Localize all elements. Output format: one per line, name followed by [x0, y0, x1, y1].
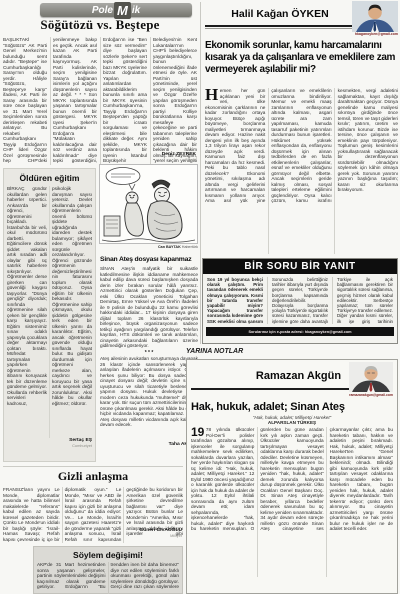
dropcap-h: H [205, 88, 218, 102]
left-article-body: BAŞLIKTAKİ “Söğütözü” AK Parti Genel Mer… [3, 37, 197, 165]
sinan-title: Sinan Ateş dosyası kapanmaz [100, 256, 198, 263]
left-article-outlet: Sözcü [126, 157, 196, 162]
akgun-body-text: 78 yılında ülkücüler Pol-Der'li polisler… [191, 427, 393, 531]
akgun-email[interactable]: ramazanakgun@gmail.com [349, 393, 393, 397]
dropcap-19: 19 [191, 427, 204, 437]
oldueren-outlet: Cumhuriyet [7, 443, 92, 448]
akgun-headline: Hak, hukuk, adalet; Sinan Ateş [191, 401, 393, 413]
soylem-body: AKP'de 31 Mart hezimetinden sonra yaşana… [37, 562, 179, 594]
cartoon-artist: Can BAYTAK [158, 245, 181, 249]
oyken-author-photo [352, 1, 398, 32]
column-divider [200, 2, 201, 344]
gizli-signature-block: Güneri CIVAOĞLU Milliyet [120, 528, 182, 538]
cartoon-drawing [99, 164, 198, 244]
soylem-degisimi-box: Söylem değişimi! AKP'de 31 Mart hezimeti… [33, 546, 183, 594]
soylem-title: Söylem değişimi! [37, 550, 179, 560]
bir-soru-content: Son 19 yıl boyunca bekçi olarak çalıştım… [203, 274, 397, 327]
newspaper-page: Pole M ik Söğütözü vs. Beştepe BAŞLIKTAK… [0, 0, 400, 594]
cartoon-outlet: Habertürk [182, 245, 198, 249]
answer-column-2: Türkiye ile açık bağlanmasını gerektiren… [332, 277, 393, 324]
oyken-author-name: Halil Kağan ÖYKEN [205, 8, 355, 20]
oyken-rule-thin [205, 28, 352, 29]
oldueren-body: BİRKAÇ gündür okullardan gelen haberler … [7, 186, 92, 438]
akgun-rule [191, 388, 349, 390]
akgun-column-box: Ramazan Akgün ramazanakgun@gmail.com Hak… [186, 359, 398, 594]
reader-question: Son 19 yıl boyunca bekçi olarak çalıştım… [207, 277, 263, 324]
akgun-body: 1978 yılında ülkücüler Pol-Der'li polisl… [191, 427, 393, 577]
editorial-cartoon: Can BAYTAK Habertürk [99, 164, 198, 254]
akgun-author-photo [349, 362, 393, 392]
main-headline: Ekonomik sorunlar, kamu harcamalarını kı… [205, 40, 398, 77]
left-article-signature: Deniz ZEYREK Sözcü [126, 152, 196, 162]
oyken-portrait [352, 1, 398, 32]
sinan-ates-article: Sinan Ateş dosyası kapanmaz SİNAN Ateş'i… [100, 256, 198, 452]
sinan-outlet: Karar [100, 447, 198, 452]
akgun-header: Ramazan Akgün ramazanakgun@gmail.com [191, 364, 393, 398]
oyken-email[interactable]: hkaganoyken@gmail.com [290, 32, 398, 36]
main-article-text: emen her gün açıklanan yeni bir veri, ül… [205, 88, 398, 203]
gizli-title: Gizli anlaşma [3, 469, 183, 484]
yarina-notlar-label: YARINA NOTLAR [186, 348, 243, 355]
akgun-quote-author: ALPARSLAN TÜRKEŞ [191, 420, 393, 425]
sinan-signature-block: Taha AKYOL Karar [100, 442, 198, 452]
sinan-body-2: Ateş ailesinin avukatları soruşturmaya d… [100, 356, 198, 440]
akgun-author-name: Ramazan Akgün [246, 370, 351, 382]
answer-column-1: Sorunuzda belirttiğiniz tarihler itibarı… [267, 277, 328, 324]
oldueren-egitim-box: Öldüren eğitim BİRKAÇ gündür okullardan … [3, 168, 96, 462]
polemik-banner-post: ik [132, 5, 140, 16]
akgun-portrait [349, 362, 393, 392]
polemik-section-banner: Pole M ik [40, 3, 192, 17]
bir-soru-banner: BİR SORU BİR YANIT [203, 259, 397, 274]
cartoon-caption: Can BAYTAK Habertürk [99, 245, 198, 249]
bir-soru-bir-yanit-box: BİR SORU BİR YANIT Son 19 yıl boyunca be… [202, 258, 398, 344]
oldueren-title: Öldüren eğitim [7, 173, 92, 183]
sinan-body-1: SİNAN Ateş'in mafyatik bir suikastle kat… [100, 266, 198, 350]
gizli-outlet: Milliyet [120, 533, 182, 538]
left-article-title: Söğütözü vs. Beştepe [3, 17, 197, 33]
polemik-banner-m: M [114, 2, 131, 19]
main-article-body: Hemen her gün açıklanan yeni bir veri, ü… [205, 88, 398, 254]
polemik-banner-pre: Pole [92, 5, 113, 16]
oyken-rule-thick [205, 25, 352, 27]
question-email-bar[interactable]: Sorularınız için e-posta adresi: hkagano… [206, 327, 394, 336]
